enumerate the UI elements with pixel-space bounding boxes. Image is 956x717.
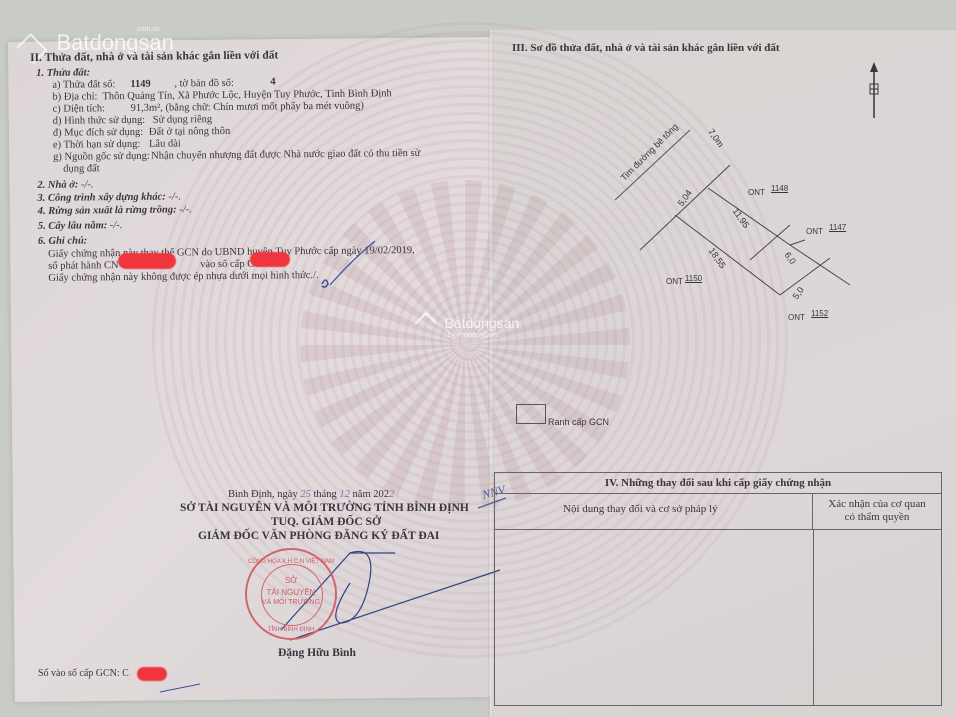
watermark-brand: Batdongsan: [444, 315, 519, 331]
neighbor-1148: ONT 1148: [748, 187, 788, 199]
official-stamp: CỘNG HÒA X.H.C.N VIỆT NAM SỞ TÀI NGUYÊN …: [245, 548, 337, 640]
changes-table: IV. Những thay đổi sau khi cấp giấy chứn…: [494, 472, 942, 706]
section-4-heading: IV. Những thay đổi sau khi cấp giấy chứn…: [495, 473, 941, 494]
issuing-authority: SỞ TÀI NGUYÊN VÀ MÔI TRƯỜNG TỈNH BÌNH ĐỊ…: [180, 502, 469, 514]
column-divider: [813, 530, 814, 705]
signer-name: Đặng Hữu Bình: [278, 647, 356, 659]
watermark-tagline: by PropertyGuru: [448, 332, 519, 339]
parcel-diagram: [600, 120, 860, 330]
neighbor-1150: ONT1150: [666, 276, 702, 288]
on-behalf-of: TUQ. GIÁM ĐỐC SỞ: [271, 516, 381, 528]
neighbor-1147: ONT 1147: [806, 226, 846, 238]
registry-number: Số vào sổ cấp GCN: C: [38, 668, 129, 680]
signer-title: GIÁM ĐỐC VĂN PHÒNG ĐĂNG KÝ ĐẤT ĐAI: [198, 530, 439, 542]
neighbor-1152: ONT 1152: [788, 312, 828, 324]
changes-column-header: Nội dung thay đổi và cơ sở pháp lý: [495, 494, 813, 530]
issue-date: Bình Định, ngày 25 tháng 12 năm 2022: [228, 489, 394, 501]
batdongsan-watermark-center: Batdongsan by PropertyGuru: [418, 314, 519, 339]
house-logo-icon: [415, 311, 438, 334]
north-arrow-icon: [864, 60, 884, 120]
boundary-legend-label: Ranh cấp GCN: [548, 416, 609, 428]
boundary-legend-swatch: [516, 404, 546, 424]
confirmation-column-header: Xác nhận của cơ quan có thẩm quyền: [813, 494, 941, 530]
section-3-heading: III. Sơ đồ thửa đất, nhà ở và tài sản kh…: [512, 42, 780, 54]
